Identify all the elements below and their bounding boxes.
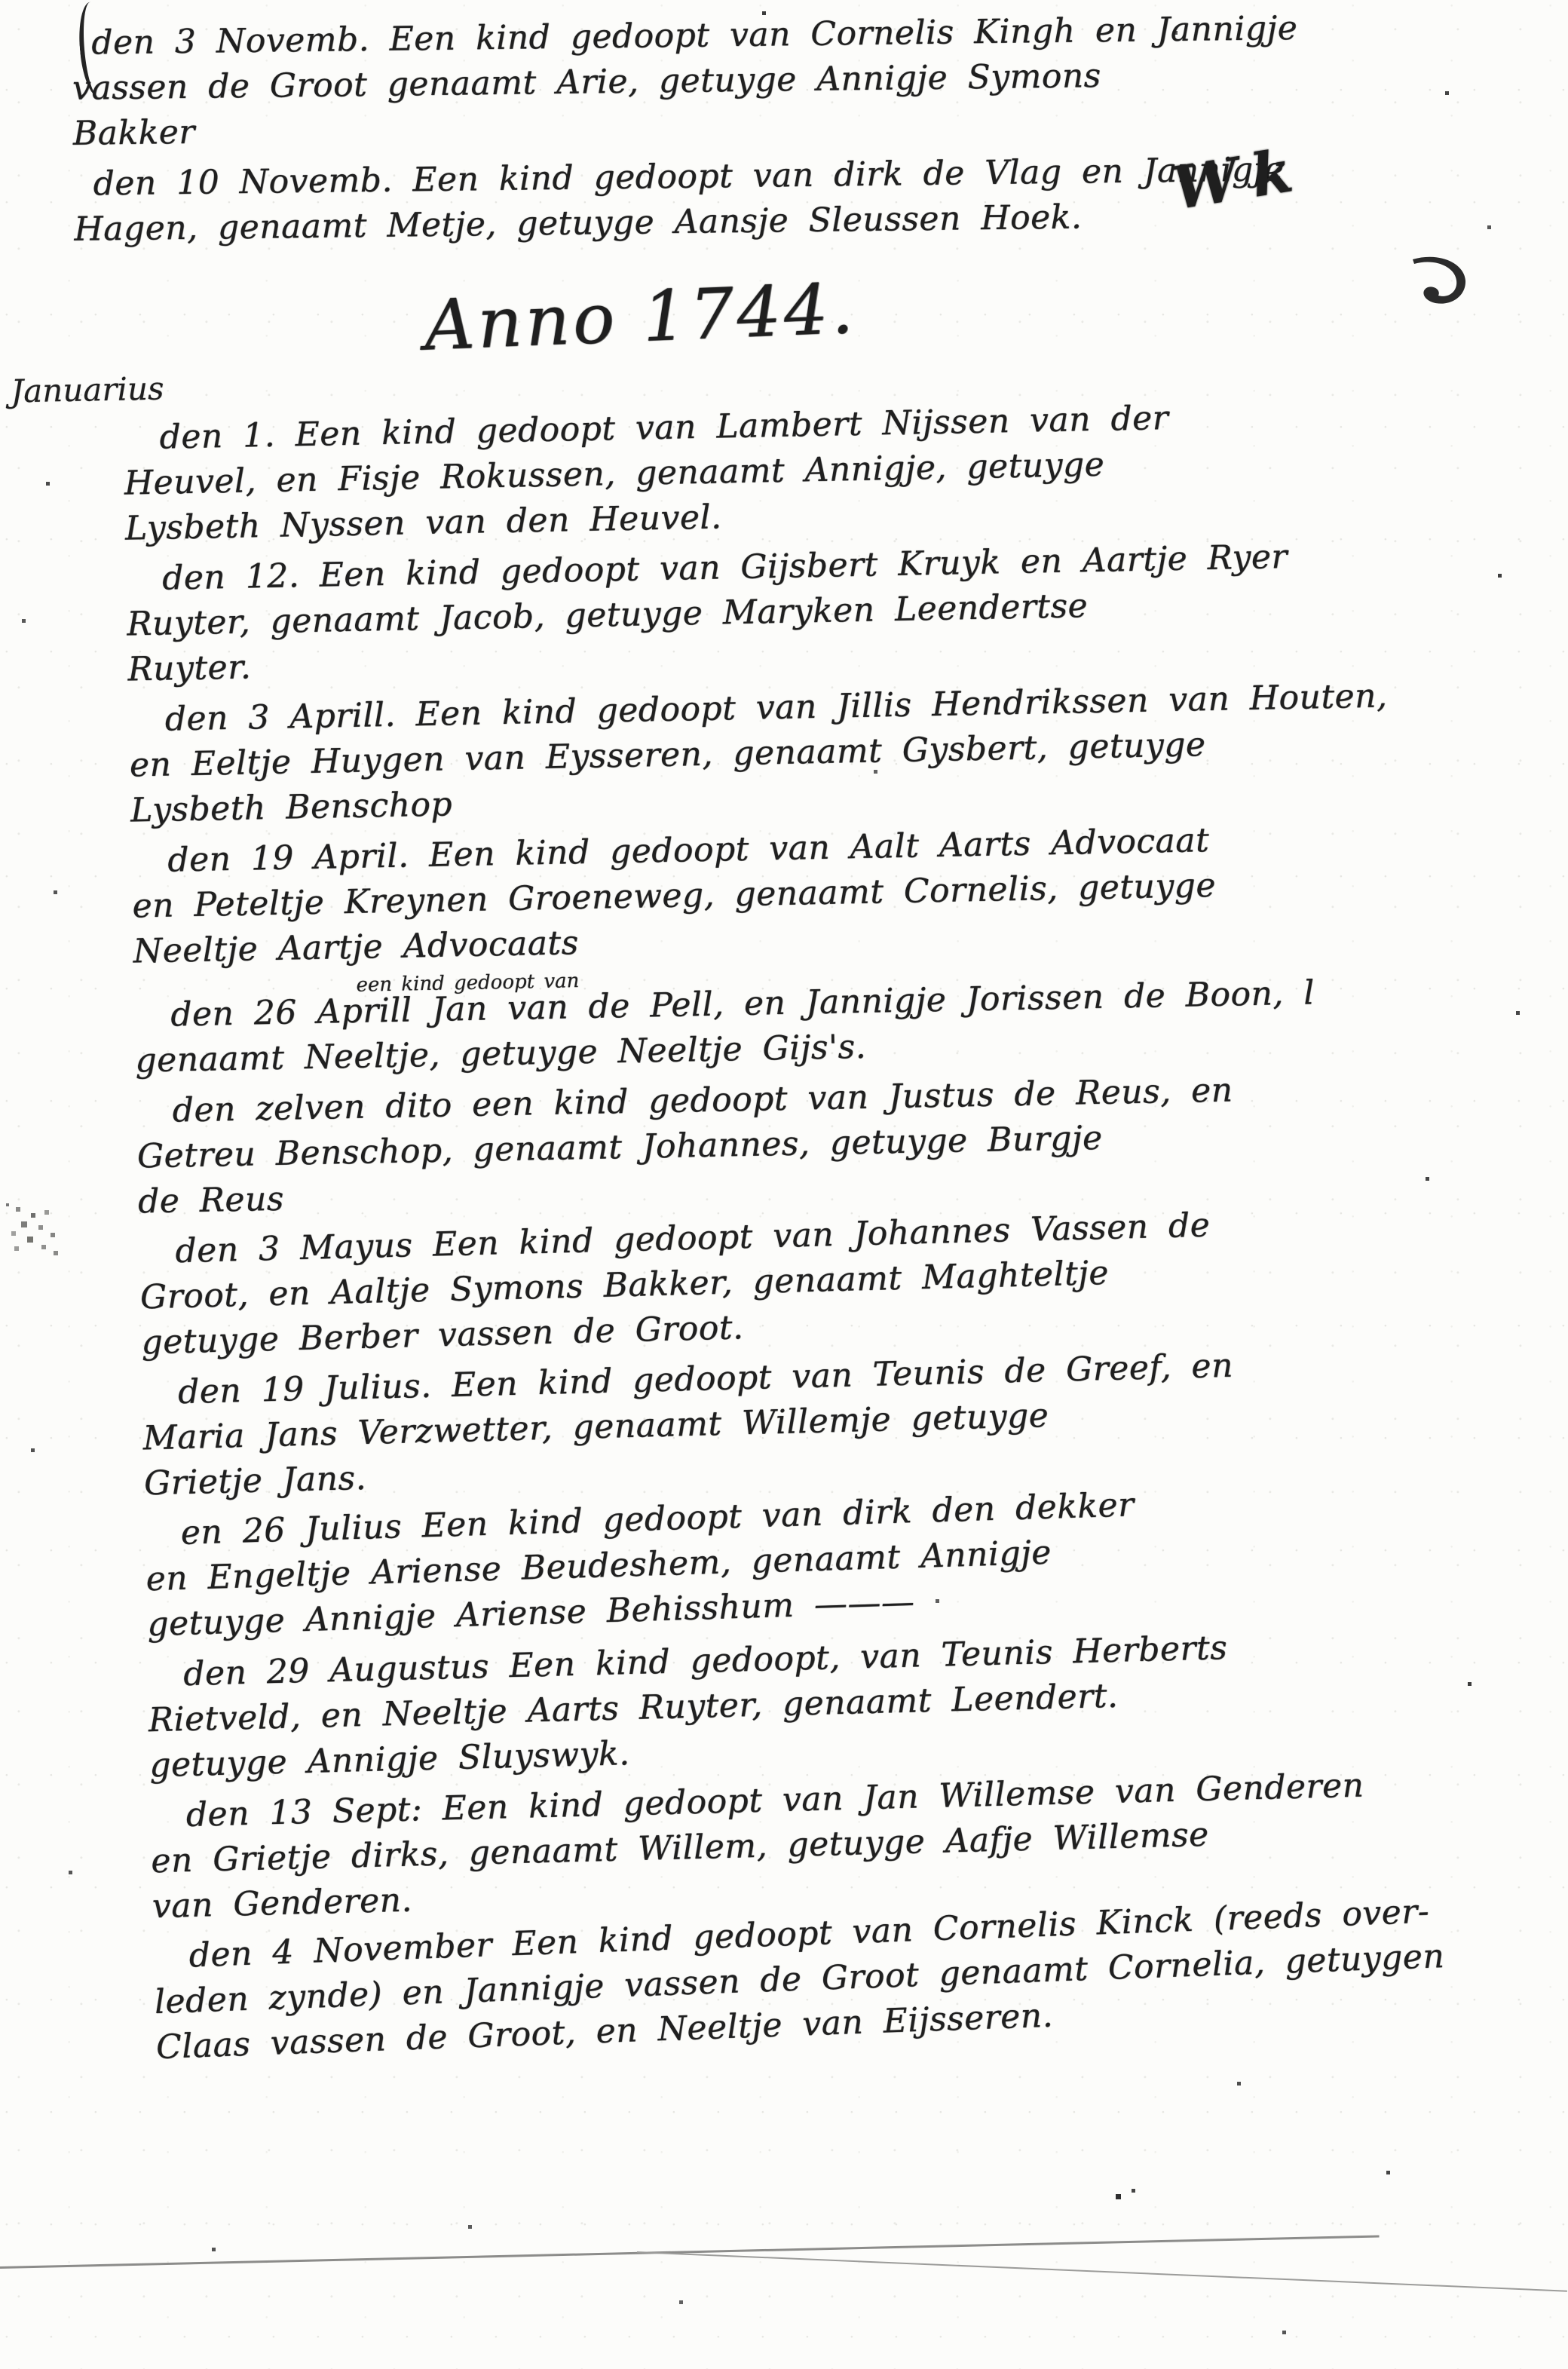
crease-line bbox=[0, 2235, 1380, 2269]
entries-1744: den 1. Een kind gedoopt van Lambert Nijs… bbox=[123, 390, 1521, 2070]
scanned-register-page: den 3 Novemb. Een kind gedoopt van Corne… bbox=[0, 0, 1568, 2369]
entries-previous-year: den 3 Novemb. Een kind gedoopt van Corne… bbox=[72, 4, 1484, 253]
year-heading: Anno 1744. bbox=[423, 246, 1488, 364]
handwritten-content: den 3 Novemb. Een kind gedoopt van Corne… bbox=[64, 0, 1521, 2076]
baptism-entry: een kind gedoopt vanden 26 Aprill Jan va… bbox=[133, 954, 1501, 1084]
baptism-entry: den 12. Een kind gedoopt van Gijsbert Kr… bbox=[126, 531, 1494, 693]
margin-smudge bbox=[6, 1203, 9, 1206]
baptism-entry: den 29 Augustus Een kind gedoopt, van Te… bbox=[147, 1618, 1516, 1788]
baptism-entry: den 3 Mayus Een kind gedoopt van Johanne… bbox=[139, 1196, 1508, 1366]
crease-line bbox=[637, 2251, 1567, 2292]
ink-specks bbox=[0, 0, 2, 2]
baptism-entry: den 3 Novemb. Een kind gedoopt van Corne… bbox=[72, 4, 1483, 157]
baptism-entry: den 3 Aprill. Een kind gedoopt van Jilli… bbox=[128, 672, 1496, 834]
baptism-entry: den 19 April. Een kind gedoopt van Aalt … bbox=[131, 813, 1499, 975]
ink-blot-hook bbox=[1408, 246, 1473, 309]
baptism-entry: den 1. Een kind gedoopt van Lambert Nijs… bbox=[123, 390, 1491, 552]
